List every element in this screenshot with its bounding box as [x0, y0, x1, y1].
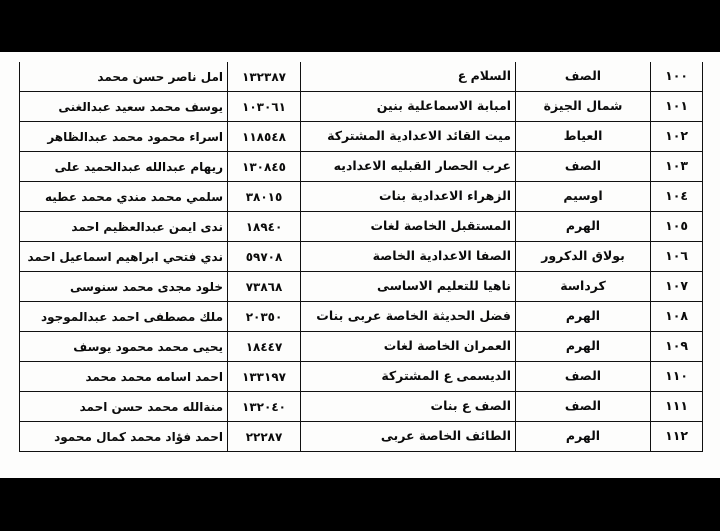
- student-name-cell: اسراء محمود محمد عبدالظاهر: [20, 122, 227, 151]
- student-name-cell: يوسف محمد سعيد عبدالغنى: [20, 92, 227, 121]
- serial-number-cell: ١٠٠: [650, 62, 702, 91]
- seat-number-cell: ١٣٠٨٤٥: [227, 152, 300, 181]
- serial-number-cell: ١١٢: [650, 422, 702, 451]
- school-name-cell: الصفا الاعدادية الخاصة: [300, 242, 515, 271]
- table-row: ١١٠ الصف الديسمى ع المشتركة ١٣٣١٩٧ احمد …: [20, 362, 702, 392]
- serial-number-cell: ١٠٨: [650, 302, 702, 331]
- seat-number-cell: ١٣٢٣٨٧: [227, 62, 300, 91]
- student-name-cell: ريهام عبدالله عبدالحميد على: [20, 152, 227, 181]
- seat-number-cell: ١٨٩٤٠: [227, 212, 300, 241]
- district-cell: شمال الجيزة: [515, 92, 650, 121]
- district-cell: الصف: [515, 362, 650, 391]
- table-row: ١٠٣ الصف عرب الحصار القبليه الاعداديه ١٣…: [20, 152, 702, 182]
- seat-number-cell: ١٣٢٠٤٠: [227, 392, 300, 421]
- serial-number-cell: ١٠٥: [650, 212, 702, 241]
- student-name-cell: احمد اسامه محمد محمد: [20, 362, 227, 391]
- school-name-cell: العمران الخاصة لغات: [300, 332, 515, 361]
- seat-number-cell: ١٨٤٤٧: [227, 332, 300, 361]
- student-name-cell: سلمي محمد مندي محمد عطيه: [20, 182, 227, 211]
- school-name-cell: فضل الحديثة الخاصة عربى بنات: [300, 302, 515, 331]
- seat-number-cell: ١٠٣٠٦١: [227, 92, 300, 121]
- table-row: ١٠١ شمال الجيزة امبابة الاسماعلية بنين ١…: [20, 92, 702, 122]
- student-name-cell: امل ناصر حسن محمد: [20, 62, 227, 91]
- table-row: ١٠٢ العياط ميت القائد الاعدادية المشتركة…: [20, 122, 702, 152]
- school-name-cell: المستقبل الخاصة لغات: [300, 212, 515, 241]
- table-row: ١١١ الصف الصف ع بنات ١٣٢٠٤٠ منةالله محمد…: [20, 392, 702, 422]
- student-name-cell: يحيى محمد محمود يوسف: [20, 332, 227, 361]
- school-name-cell: عرب الحصار القبليه الاعداديه: [300, 152, 515, 181]
- seat-number-cell: ٢٠٣٥٠: [227, 302, 300, 331]
- serial-number-cell: ١٠٣: [650, 152, 702, 181]
- serial-number-cell: ١١٠: [650, 362, 702, 391]
- school-name-cell: الطائف الخاصة عربى: [300, 422, 515, 451]
- district-cell: كرداسة: [515, 272, 650, 301]
- district-cell: الصف: [515, 62, 650, 91]
- seat-number-cell: ٣٨٠١٥: [227, 182, 300, 211]
- district-cell: الهرم: [515, 212, 650, 241]
- exam-results-table: ١٠٠ الصف السلام ع ١٣٢٣٨٧ امل ناصر حسن مح…: [19, 62, 703, 452]
- seat-number-cell: ١١٨٥٤٨: [227, 122, 300, 151]
- seat-number-cell: ٥٩٧٠٨: [227, 242, 300, 271]
- school-name-cell: ميت القائد الاعدادية المشتركة: [300, 122, 515, 151]
- table-row: ١٠٥ الهرم المستقبل الخاصة لغات ١٨٩٤٠ ندى…: [20, 212, 702, 242]
- district-cell: العياط: [515, 122, 650, 151]
- serial-number-cell: ١٠١: [650, 92, 702, 121]
- student-name-cell: منةالله محمد حسن احمد: [20, 392, 227, 421]
- district-cell: الهرم: [515, 422, 650, 451]
- redaction-bar-top: [0, 0, 720, 52]
- serial-number-cell: ١٠٢: [650, 122, 702, 151]
- seat-number-cell: ١٣٣١٩٧: [227, 362, 300, 391]
- student-name-cell: ملك مصطفى احمد عبدالموجود: [20, 302, 227, 331]
- table-row: ١٠٩ الهرم العمران الخاصة لغات ١٨٤٤٧ يحيى…: [20, 332, 702, 362]
- serial-number-cell: ١٠٩: [650, 332, 702, 361]
- student-name-cell: خلود مجدى محمد سنوسى: [20, 272, 227, 301]
- table-row: ١٠٤ اوسيم الزهراء الاعدادية بنات ٣٨٠١٥ س…: [20, 182, 702, 212]
- school-name-cell: الزهراء الاعدادية بنات: [300, 182, 515, 211]
- district-cell: الهرم: [515, 332, 650, 361]
- seat-number-cell: ٧٣٨٦٨: [227, 272, 300, 301]
- school-name-cell: الصف ع بنات: [300, 392, 515, 421]
- table-row: ١١٢ الهرم الطائف الخاصة عربى ٢٢٢٨٧ احمد …: [20, 422, 702, 452]
- table-row: ١٠٧ كرداسة ناهيا للتعليم الاساسى ٧٣٨٦٨ خ…: [20, 272, 702, 302]
- table-row: ١٠٨ الهرم فضل الحديثة الخاصة عربى بنات ٢…: [20, 302, 702, 332]
- district-cell: الصف: [515, 152, 650, 181]
- student-name-cell: احمد فؤاد محمد كمال محمود: [20, 422, 227, 451]
- school-name-cell: الديسمى ع المشتركة: [300, 362, 515, 391]
- district-cell: الهرم: [515, 302, 650, 331]
- serial-number-cell: ١١١: [650, 392, 702, 421]
- district-cell: الصف: [515, 392, 650, 421]
- district-cell: اوسيم: [515, 182, 650, 211]
- seat-number-cell: ٢٢٢٨٧: [227, 422, 300, 451]
- district-cell: بولاق الدكرور: [515, 242, 650, 271]
- table-row: ١٠٠ الصف السلام ع ١٣٢٣٨٧ امل ناصر حسن مح…: [20, 62, 702, 92]
- scanned-document-page: ١٠٠ الصف السلام ع ١٣٢٣٨٧ امل ناصر حسن مح…: [0, 0, 720, 531]
- school-name-cell: ناهيا للتعليم الاساسى: [300, 272, 515, 301]
- student-name-cell: ندي فتحي ابراهيم اسماعيل احمد: [20, 242, 227, 271]
- school-name-cell: السلام ع: [300, 62, 515, 91]
- serial-number-cell: ١٠٦: [650, 242, 702, 271]
- serial-number-cell: ١٠٤: [650, 182, 702, 211]
- student-name-cell: ندى ايمن عبدالعظيم احمد: [20, 212, 227, 241]
- serial-number-cell: ١٠٧: [650, 272, 702, 301]
- table-row: ١٠٦ بولاق الدكرور الصفا الاعدادية الخاصة…: [20, 242, 702, 272]
- redaction-bar-bottom: [0, 478, 720, 531]
- school-name-cell: امبابة الاسماعلية بنين: [300, 92, 515, 121]
